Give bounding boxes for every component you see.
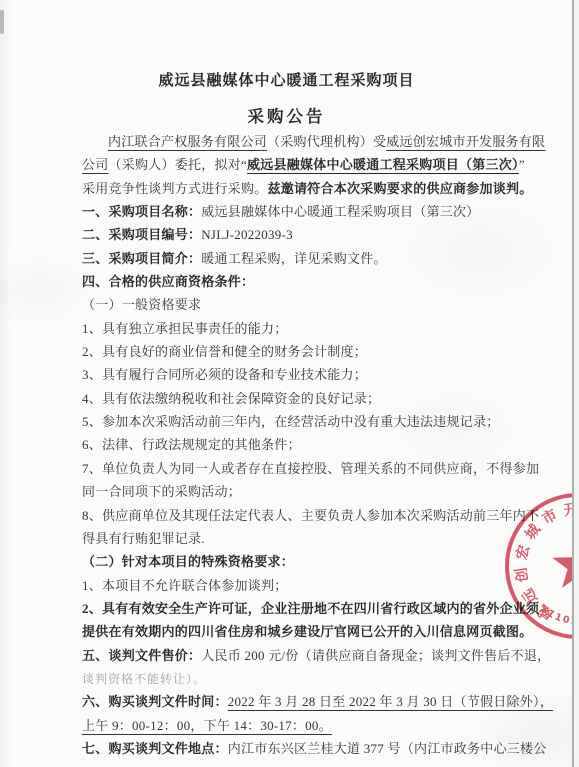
text-segment: 5、参加本次采购活动前三年内，在经营活动中没有重大违法违规记录； bbox=[82, 414, 500, 429]
document-line: 6、法律、行政法规规定的其他条件； bbox=[82, 433, 552, 456]
text-segment: 内江市东兴区兰桂大道 377 号（内江市政务中心三楼公 bbox=[228, 741, 547, 756]
document-line: 5、参加本次采购活动前三年内，在经营活动中没有重大违法违规记录； bbox=[82, 410, 552, 433]
document-line: 4、具有依法缴纳税收和社会保障资金的良好记录； bbox=[82, 387, 552, 410]
text-segment: 同一合同项下的采购活动； bbox=[82, 484, 241, 499]
text-segment: （一）一般资格要求 bbox=[82, 297, 201, 312]
document-line: 2、具有良好的商业信誉和健全的财务会计制度； bbox=[82, 340, 552, 363]
document-subtitle: 采购公告 bbox=[0, 103, 573, 127]
document-line: 公司（采购人）委托，拟对“威远县融媒体中心暖通工程采购项目（第三次）” bbox=[82, 153, 552, 176]
document-line: （一）一般资格要求 bbox=[82, 293, 552, 316]
text-segment: 采用竞争性谈判方式进行采购。 bbox=[82, 181, 268, 196]
text-segment: （采购代理机构）受 bbox=[267, 134, 386, 149]
text-segment: 1、具有独立承担民事责任的能力； bbox=[82, 321, 288, 336]
text-segment: 6、法律、行政法规规定的其他条件； bbox=[82, 437, 301, 452]
document-line: 7、单位负责人为同一人或者存在直接控股、管理关系的不同供应商，不得参加 bbox=[82, 457, 552, 480]
text-segment: NJLJ-2022039-3 bbox=[201, 227, 293, 242]
seal-glyph: 0 bbox=[562, 614, 571, 626]
document-body: 内江联合产权服务有限公司（采购代理机构）受威远创宏城市开发服务有限公司（采购人）… bbox=[82, 130, 552, 760]
text-segment: 三、采购项目简介： bbox=[82, 251, 201, 266]
text-segment: 四、合格的供应商资格条件： bbox=[82, 274, 254, 289]
text-segment: 8、供应商单位及其现任法定代表人、主要负责人参加本次采购活动前三年内不 bbox=[82, 508, 539, 523]
text-segment: （二）针对本项目的特殊资格要求： bbox=[82, 554, 294, 569]
document-line: 3、具有履行合同所必须的设备和专业技术能力； bbox=[82, 363, 552, 386]
text-segment: 威远创宏城市开发服务有限 bbox=[386, 134, 545, 149]
document-line: 一、采购项目名称：威远县融媒体中心暖通工程采购项目（第三次） bbox=[82, 200, 552, 223]
document-line: （二）针对本项目的特殊资格要求： bbox=[82, 550, 552, 573]
text-segment: 7、单位负责人为同一人或者存在直接控股、管理关系的不同供应商，不得参加 bbox=[82, 461, 539, 476]
document-line: 六、购买谈判文件时间：2022 年 3 月 28 日至 2022 年 3 月 3… bbox=[82, 690, 552, 713]
text-segment: 五、谈判文件售价： bbox=[82, 648, 201, 663]
text-segment: （采购人）委托，拟对“ bbox=[109, 157, 248, 172]
document-line: 谈判资格不能转让）。 bbox=[82, 667, 552, 690]
document-line: 8、供应商单位及其现任法定代表人、主要负责人参加本次采购活动前三年内不 bbox=[82, 504, 552, 527]
text-segment: 上午 9：00-12：00，下午 14：30-17：00。 bbox=[82, 718, 332, 733]
text-segment: 人民币 200 元/份（请供应商自备现金；谈判文件售后不退， bbox=[201, 648, 550, 663]
text-segment: ” bbox=[519, 157, 525, 172]
document-line: 四、合格的供应商资格条件： bbox=[82, 270, 552, 293]
scan-artifact-speck bbox=[0, 10, 4, 34]
seal-glyph: 1 bbox=[553, 611, 563, 624]
document-line: 七、购买谈判文件地点：内江市东兴区兰桂大道 377 号（内江市政务中心三楼公 bbox=[82, 737, 552, 760]
text-segment: 2022 年 3 月 28 日至 2022 年 3 月 30 日（节假日除外）， bbox=[228, 694, 553, 709]
text-segment: 内江联合产权服务有限公司 bbox=[108, 134, 267, 149]
document-line: 二、采购项目编号：NJLJ-2022039-3 bbox=[82, 223, 552, 246]
text-segment: 提供在有效期内的四川省住房和城乡建设厅官网已公开的入川信息网页截图。 bbox=[82, 624, 533, 639]
document-line: 1、具有独立承担民事责任的能力； bbox=[82, 317, 552, 340]
star-icon bbox=[552, 539, 573, 588]
text-segment: 七、购买谈判文件地点： bbox=[82, 741, 228, 756]
document-line: 上午 9：00-12：00，下午 14：30-17：00。 bbox=[82, 714, 552, 737]
document-line: 五、谈判文件售价：人民币 200 元/份（请供应商自备现金；谈判文件售后不退， bbox=[82, 644, 552, 667]
document-line: 2、具有有效安全生产许可证，企业注册地不在四川省行政区域内的省外企业须 bbox=[82, 597, 552, 620]
document-line: 提供在有效期内的四川省住房和城乡建设厅官网已公开的入川信息网页截图。 bbox=[82, 620, 552, 643]
text-segment: 威远县融媒体中心暖通工程采购项目（第三次） bbox=[201, 204, 479, 219]
text-segment: 3、具有履行合同所必须的设备和专业技术能力； bbox=[82, 367, 367, 382]
scanned-document-page: { "page": { "title": "威远县融媒体中心暖通工程采购项目",… bbox=[0, 0, 579, 767]
document-line: 采用竞争性谈判方式进行采购。兹邀请符合本次采购要求的供应商参加谈判。 bbox=[82, 177, 552, 200]
text-segment: 1、本项目不允许联合体参加谈判； bbox=[82, 578, 288, 593]
document-line: 三、采购项目简介：暖通工程采购，详见采购文件。 bbox=[82, 247, 552, 270]
text-segment: 谈判资格不能转让）。 bbox=[82, 672, 206, 686]
text-segment: 暖通工程采购，详见采购文件。 bbox=[201, 251, 387, 266]
text-segment: 2、具有良好的商业信誉和健全的财务会计制度； bbox=[82, 344, 367, 359]
text-segment: 得具有行贿犯罪记录. bbox=[82, 531, 205, 546]
document-line: 1、本项目不允许联合体参加谈判； bbox=[82, 574, 552, 597]
text-segment: 兹邀请符合本次采购要求的供应商参加谈判。 bbox=[268, 181, 533, 196]
scan-margin bbox=[574, 0, 579, 767]
document-title: 威远县融媒体中心暖通工程采购项目 bbox=[0, 69, 573, 90]
text-segment: 2、具有有效安全生产许可证，企业注册地不在四川省行政区域内的省外企业须 bbox=[82, 601, 539, 616]
text-segment: 威远县融媒体中心暖通工程采购项目（第三次） bbox=[247, 157, 519, 172]
text-segment: 4、具有依法缴纳税收和社会保障资金的良好记录； bbox=[82, 391, 380, 406]
text-segment: 二、采购项目编号： bbox=[82, 227, 201, 242]
document-line: 得具有行贿犯罪记录. bbox=[82, 527, 552, 550]
text-segment: 公司 bbox=[82, 157, 109, 172]
document-line: 同一合同项下的采购活动； bbox=[82, 480, 552, 503]
text-segment: 一、采购项目名称： bbox=[82, 204, 201, 219]
document-line: 内江联合产权服务有限公司（采购代理机构）受威远创宏城市开发服务有限 bbox=[82, 130, 552, 153]
text-segment: 六、购买谈判文件时间： bbox=[82, 694, 228, 709]
